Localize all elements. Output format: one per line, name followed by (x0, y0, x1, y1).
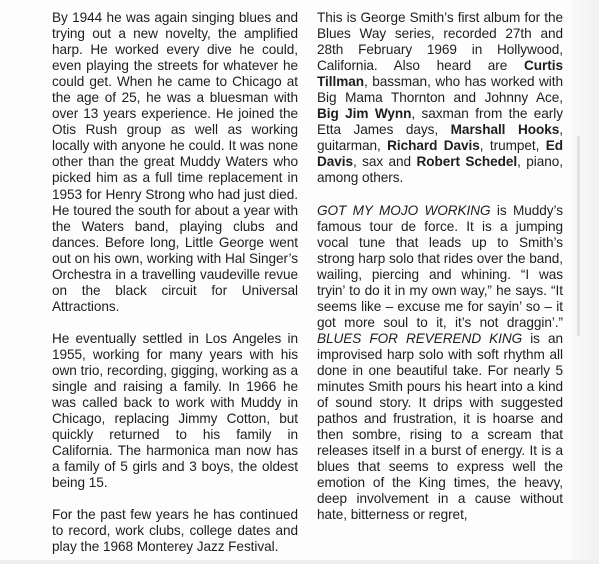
paragraph-los-angeles: He eventually settled in Los Angeles in … (52, 331, 298, 491)
paragraph-early-career: By 1944 he was again singing blues and t… (52, 10, 298, 315)
musician-name: Big Jim Wynn (317, 106, 411, 121)
musician-role: , trumpet, (480, 138, 546, 153)
musician-name: Marshall Hooks (451, 122, 560, 137)
liner-notes-page: By 1944 he was again singing blues and t… (0, 0, 599, 564)
left-column: By 1944 he was again singing blues and t… (52, 10, 298, 564)
song-title: GOT MY MOJO WORKING (317, 203, 491, 218)
musician-role: , sax and (353, 154, 416, 169)
paragraph-song-notes: GOT MY MOJO WORKING is Muddy’s famous to… (317, 203, 563, 524)
paragraph-recent-years: For the past few years he has continued … (52, 507, 298, 555)
song-title: BLUES FOR REVEREND KING (317, 331, 522, 346)
musician-name: Richard Davis (387, 138, 480, 153)
page-edge-strip (577, 136, 580, 336)
song-description: is an improvised harp solo with soft rhy… (317, 331, 563, 523)
paragraph-album-personnel: This is George Smith’s first album for t… (317, 10, 563, 187)
musician-name: Robert Schedel (416, 154, 517, 169)
song-description: is Muddy’s famous tour de force. It is a… (317, 203, 563, 330)
right-column: This is George Smith’s first album for t… (317, 10, 563, 539)
page-edge-shadow (571, 0, 599, 564)
